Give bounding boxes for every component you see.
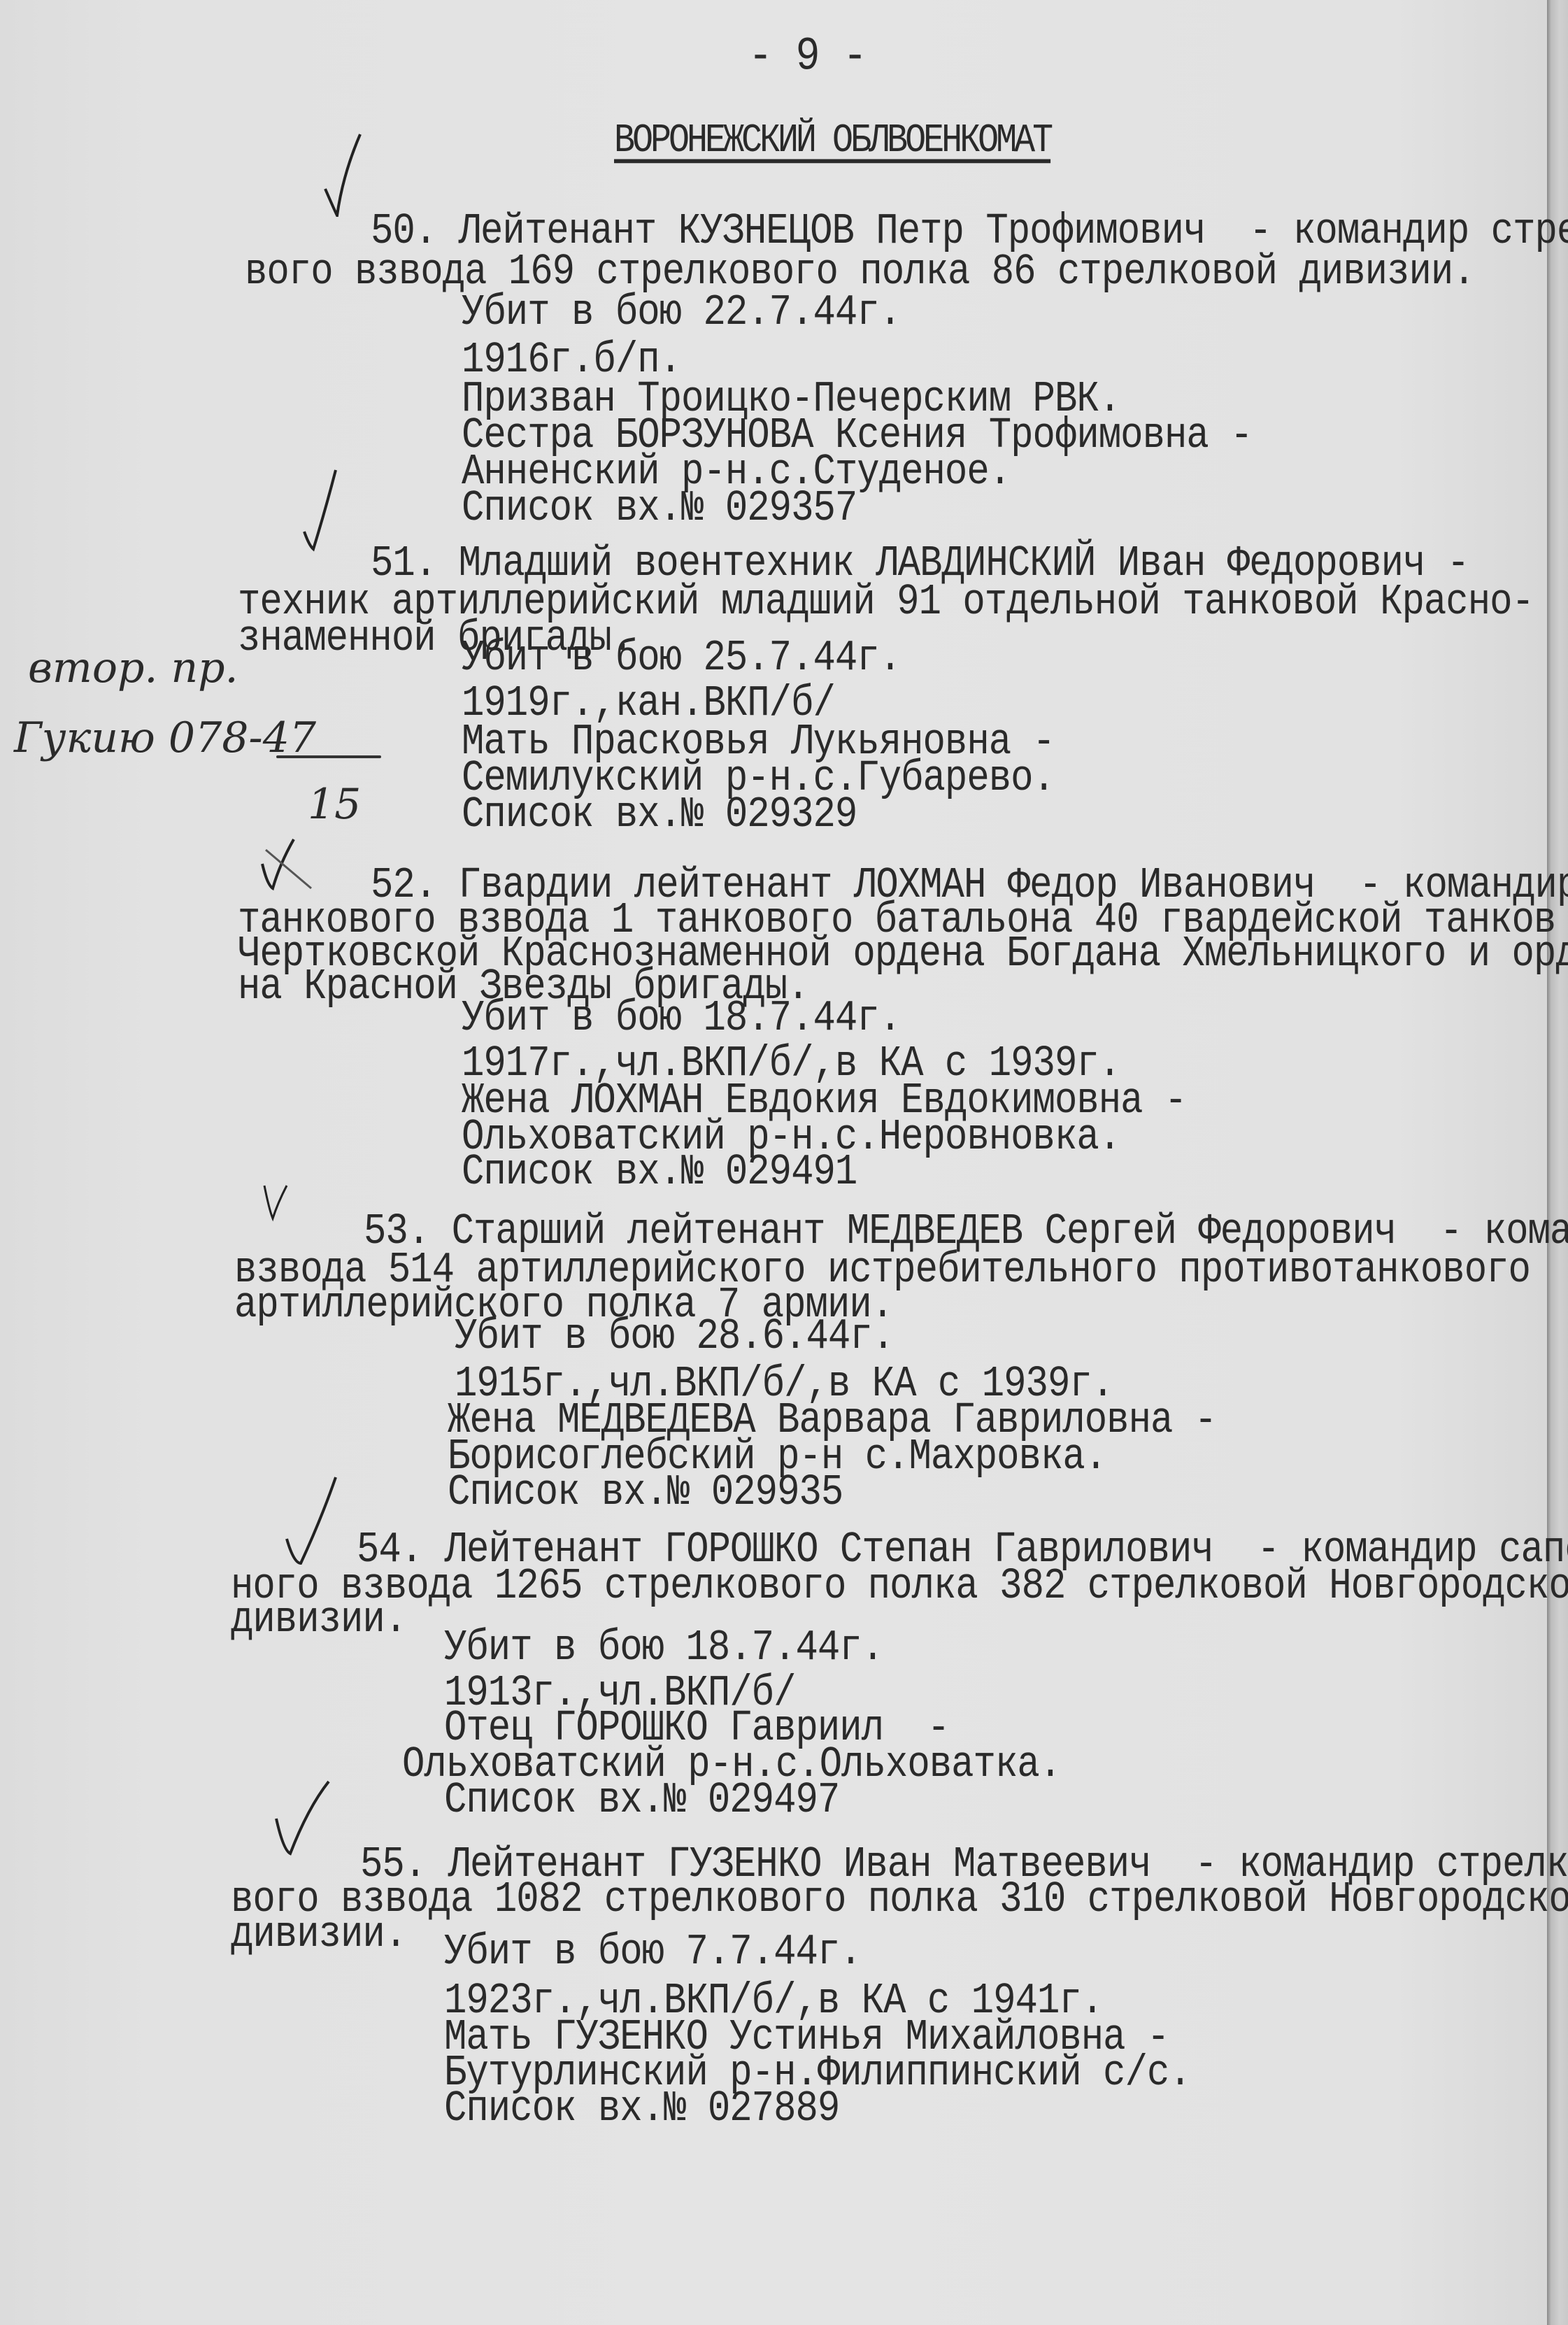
handwritten-note-line-1: втор. пр.: [28, 644, 238, 692]
entry-53-detail-4: Список вх.№ 029935: [448, 1471, 843, 1516]
checkmark-icon: [301, 469, 343, 553]
entry-52-killed: Убит в бою 18.7.44г.: [462, 997, 901, 1041]
entry-55-line-2: вого взвода 1082 стрелкового полка 310 с…: [231, 1878, 1568, 1923]
checkmark-icon: [262, 1182, 290, 1224]
entry-51-killed: Убит в бою 25.7.44г.: [462, 637, 901, 681]
crossed-checkmark-icon: [259, 836, 315, 892]
page-heading: ВОРОНЕЖСКИЙ ОБЛВОЕНКОМАТ: [614, 119, 1050, 164]
page-edge-shadow: [1547, 0, 1568, 2325]
entry-50-detail-5: Список вх.№ 029357: [462, 487, 857, 532]
handwritten-fraction-denominator: 15: [308, 780, 361, 829]
checkmark-icon: [269, 1780, 339, 1857]
handwritten-note-line-2: Гукию 078-47: [14, 713, 316, 762]
entry-55-line-3: дивизии.: [231, 1913, 406, 1958]
checkmark-icon: [322, 133, 364, 217]
entry-55-detail-4: Список вх.№ 027889: [444, 2087, 839, 2132]
fraction-line: [276, 755, 381, 758]
page-number: - 9 -: [748, 35, 867, 80]
entry-51-detail-4: Список вх.№ 029329: [462, 793, 857, 838]
entry-52-detail-4: Список вх.№ 029491: [462, 1151, 857, 1195]
entry-54-line-2: ного взвода 1265 стрелкового полка 382 с…: [231, 1565, 1568, 1609]
entry-50-killed: Убит в бою 22.7.44г.: [462, 291, 901, 336]
checkmark-icon: [280, 1476, 343, 1567]
entry-55-killed: Убит в бою 7.7.44г.: [444, 1931, 862, 1975]
entry-54-killed: Убит в бою 18.7.44г.: [444, 1626, 883, 1671]
entry-54-line-3: дивизии.: [231, 1598, 406, 1643]
entry-54-detail-4: Список вх.№ 029497: [444, 1779, 839, 1823]
entry-53-killed: Убит в бою 28.6.44г.: [455, 1315, 894, 1360]
